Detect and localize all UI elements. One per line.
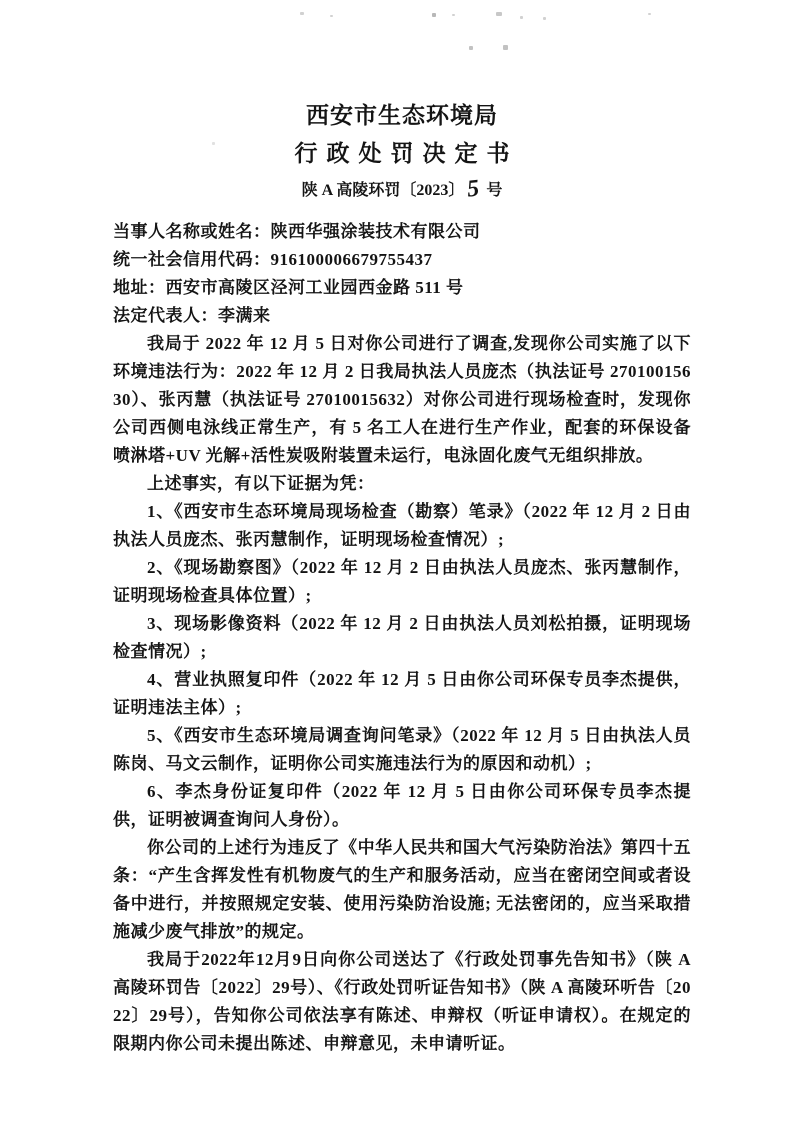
- scan-artifact: [469, 46, 473, 50]
- document-number-prefix: 陕 A 高陵环罚〔2023〕: [302, 182, 465, 199]
- document-body: 当事人名称或姓名：陕西华强涂装技术有限公司 统一社会信用代码：916100006…: [113, 218, 691, 1058]
- document-type-title: 行政处罚决定书: [113, 138, 691, 168]
- scan-artifact: [503, 45, 508, 50]
- paragraph-evidence-intro: 上述事实，有以下证据为凭：: [113, 470, 691, 498]
- document-page: 西安市生态环境局 行政处罚决定书 陕 A 高陵环罚〔2023〕5 号 当事人名称…: [0, 0, 800, 1136]
- address-line: 地址：西安市高陵区泾河工业园西金路 511 号: [113, 274, 691, 302]
- scan-artifact: [648, 13, 651, 15]
- paragraph-law-violation: 你公司的上述行为违反了《中华人民共和国大气污染防治法》第四十五条：“产生含挥发性…: [113, 834, 691, 946]
- scan-artifact: [520, 16, 523, 19]
- handwritten-case-number: 5: [463, 178, 483, 200]
- scan-artifact: [330, 15, 333, 17]
- scan-artifact: [300, 12, 304, 15]
- scan-artifact: [452, 14, 455, 16]
- paragraph-investigation-findings: 我局于 2022 年 12 月 5 日对你公司进行了调查,发现你公司实施了以下环…: [113, 330, 691, 470]
- evidence-item-2: 2、《现场勘察图》（2022 年 12 月 2 日由执法人员庞杰、张丙慧制作，证…: [113, 554, 691, 610]
- party-name-line: 当事人名称或姓名：陕西华强涂装技术有限公司: [113, 218, 691, 246]
- evidence-item-6: 6、李杰身份证复印件（2022 年 12 月 5 日由你公司环保专员李杰提供，证…: [113, 778, 691, 834]
- document-content: 西安市生态环境局 行政处罚决定书 陕 A 高陵环罚〔2023〕5 号 当事人名称…: [113, 100, 691, 1058]
- evidence-item-1: 1、《西安市生态环境局现场检查（勘察）笔录》（2022 年 12 月 2 日由执…: [113, 498, 691, 554]
- scan-artifact: [543, 17, 546, 20]
- evidence-item-4: 4、营业执照复印件（2022 年 12 月 5 日由你公司环保专员李杰提供，证明…: [113, 666, 691, 722]
- agency-title: 西安市生态环境局: [113, 100, 691, 130]
- credit-code-line: 统一社会信用代码：916100006679755437: [113, 246, 691, 274]
- legal-representative-line: 法定代表人：李满来: [113, 302, 691, 330]
- evidence-item-3: 3、现场影像资料（2022 年 12 月 2 日由执法人员刘松拍摄，证明现场检查…: [113, 610, 691, 666]
- document-number-suffix: 号: [486, 182, 502, 199]
- scan-artifact: [496, 12, 502, 16]
- paragraph-prior-notification: 我局于2022年12月9日向你公司送达了《行政处罚事先告知书》（陕 A 高陵环罚…: [113, 946, 691, 1058]
- document-number: 陕 A 高陵环罚〔2023〕5 号: [113, 178, 691, 204]
- scan-artifact: [432, 13, 436, 17]
- evidence-item-5: 5、《西安市生态环境局调查询问笔录》（2022 年 12 月 5 日由执法人员陈…: [113, 722, 691, 778]
